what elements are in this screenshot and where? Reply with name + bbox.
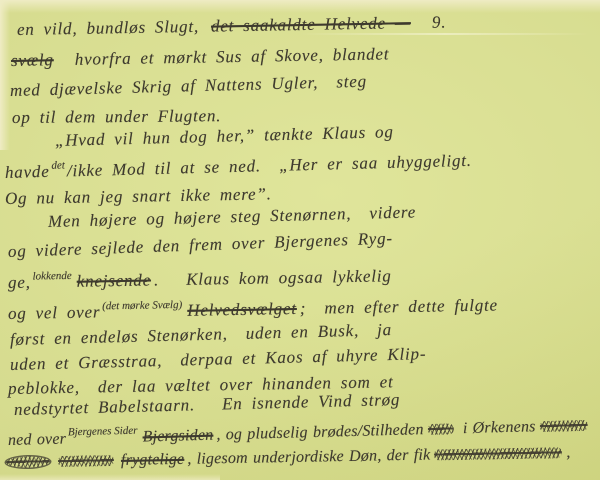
struck-through-text: svælg: [11, 50, 54, 70]
manuscript-line: en vild, bundløs Slugt, det saakaldte He…: [17, 12, 447, 41]
manuscript-line: havdedet/ikke Mod til at se ned. „Her er…: [5, 150, 472, 186]
handwritten-text: ge,: [8, 273, 31, 292]
paper-edge-top: [0, 0, 600, 13]
manuscript-line: ge,lokkendeknejsende. Klaus kom ogsaa ly…: [8, 265, 392, 296]
scribbled-out-deletion: [539, 420, 587, 432]
scribbled-out-deletion: [58, 455, 114, 467]
handwritten-text: . Klaus kom ogsaa lykkelig: [154, 266, 392, 289]
scribbled-out-deletion: [434, 447, 562, 460]
scribbled-out-deletion: [428, 423, 454, 435]
scribbled-out-deletion: [6, 456, 50, 468]
interlinear-insertion: Bjergenes Sider: [68, 425, 138, 439]
handwritten-text: 9.: [414, 13, 447, 33]
handwritten-text: en vild, bundløs Slugt,: [17, 17, 208, 39]
handwritten-text: /ikke Mod til at se ned. „Her er saa uhy…: [67, 151, 472, 181]
manuscript-line: svælg hvorfra et mørkt Sus af Skove, bla…: [8, 43, 390, 72]
handwritten-text: med djævelske Skrig af Nattens Ugler, st…: [10, 72, 367, 100]
struck-through-text: Helvedsvælget: [187, 299, 297, 320]
paper-edge-bottom: [0, 474, 220, 480]
handwritten-text: havde: [5, 162, 50, 182]
handwritten-text: ; men efter dette fulgte: [300, 295, 498, 317]
handwritten-text: Og nu kan jeg snart ikke mere”.: [5, 184, 272, 208]
struck-through-text: frygtelige: [121, 451, 185, 469]
handwritten-text: op til dem under Flugten.: [12, 106, 221, 127]
interlinear-insertion: lokkende: [32, 270, 71, 283]
manuscript-line: og videre sejlede den frem over Bjergene…: [8, 228, 394, 263]
handwritten-text: , ligesom underjordiske Døn, der fik: [187, 447, 430, 468]
manuscript-line: op til dem under Flugten.: [12, 105, 221, 129]
handwritten-text: hvorfra et mørkt Sus af Skove, blandet: [57, 44, 390, 69]
handwritten-text: og videre sejlede den frem over Bjergene…: [8, 229, 393, 261]
manuscript-scan: en vild, bundløs Slugt, det saakaldte He…: [0, 0, 600, 480]
manuscript-line: med djævelske Skrig af Nattens Ugler, st…: [10, 71, 367, 102]
interlinear-insertion: det: [51, 159, 65, 171]
paper-edge-left: [0, 0, 10, 150]
handwritten-text: og vel over: [8, 302, 101, 323]
struck-through-text: knejsende: [77, 271, 152, 291]
handwritten-text: ,: [566, 444, 570, 461]
struck-through-text: Bjergsiden: [142, 427, 213, 446]
interlinear-insertion: (det mørke Svælg): [102, 299, 182, 312]
handwritten-text: , og pludselig brødes/Stilheden: [216, 421, 424, 443]
handwritten-text: ned over: [8, 430, 67, 449]
handwritten-text: i Ørkenens: [457, 418, 535, 437]
struck-through-text: det saakaldte Helvede —: [211, 13, 411, 35]
